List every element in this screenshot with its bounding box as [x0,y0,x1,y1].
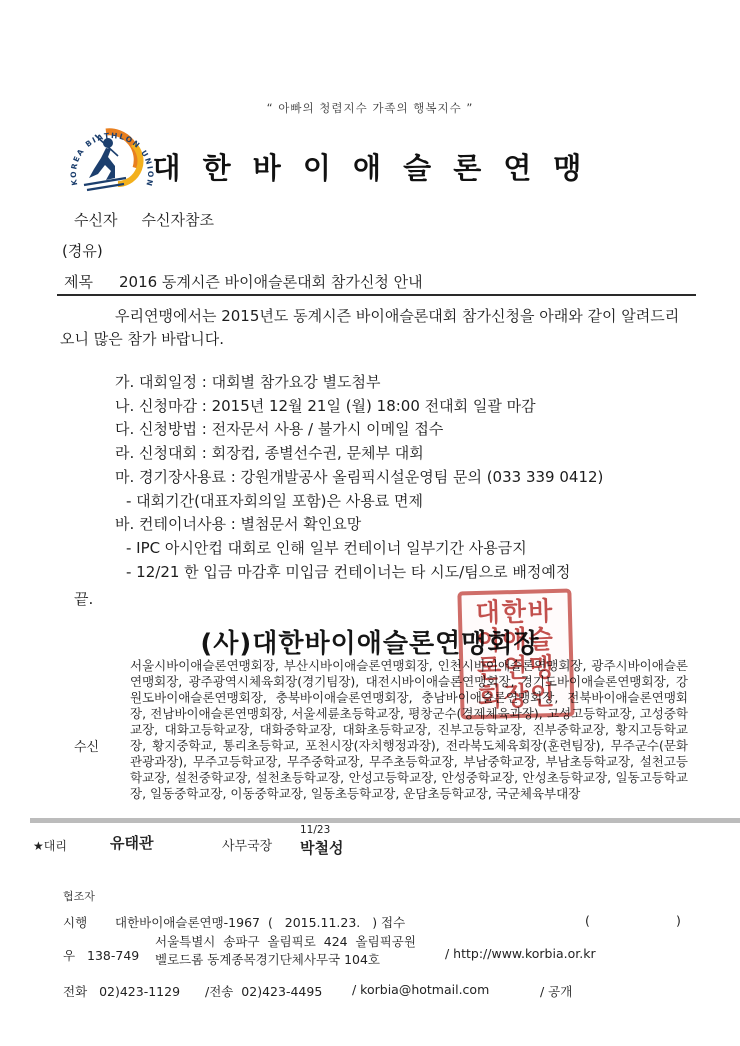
seal-text: 대한바이애슬론연맹회장인 [472,597,561,712]
header-slogan: “ 아빠의 청렴지수 가족의 행복지수 ” [0,100,740,116]
list-subitem: - 대회기간(대표자회의일 포함)은 사용료 면제 [60,490,700,514]
approval-date: 11/23 [300,824,330,836]
disclosure-status: / 공개 [540,982,572,1000]
subject-label: 제목 [64,273,93,291]
recipient-row: 수신자수신자참조 [74,209,214,230]
approval-separator-bar [30,818,740,823]
website-url: / http://www.korbia.or.kr [445,946,596,961]
list-item: 바. 컨테이너사용 : 별첨문서 확인요망 [60,513,700,537]
organization-title: 대 한 바 이 애 슬 론 연 맹 [0,146,740,187]
body-item-list: 가. 대회일정 : 대회별 참가요강 별도첨부 나. 신청마감 : 2015년 … [60,371,700,584]
address-block: 서울특별시 송파구 올림픽로 424 올림픽공원 벨로드롬 동계종목경기단체사무… [155,933,416,969]
execution-paren-close: ) [676,913,681,928]
recipients-list: 서울시바이애슬론연맹회장, 부산시바이애슬론연맹회장, 인천시바이애슬론연맹회장… [130,658,688,802]
execution-value: 대한바이애슬론연맹-1967 ( 2015.11.23. ) 접수 [115,913,405,931]
document-end-mark: 끝. [74,588,93,609]
signature-title: (사)대한바이애슬론연맹회장 [0,623,740,660]
list-item: 나. 신청마감 : 2015년 12월 21일 (월) 18:00 전대회 일괄… [60,395,700,419]
approval-position: 사무국장 [222,835,272,854]
execution-label: 시행 [63,913,87,931]
phone-number: 전화 02)423-1129 [63,982,180,1000]
official-document-page: “ 아빠의 청렴지수 가족의 행복지수 ” KOREA BIATHLON UNI… [0,0,740,1046]
official-red-seal: 대한바이애슬론연맹회장인 [457,589,574,720]
email-address: / korbia@hotmail.com [352,982,489,997]
subject-value: 2016 동계시즌 바이애슬론대회 참가신청 안내 [119,273,423,291]
list-subitem: - IPC 아시안컵 대회로 인해 일부 컨테이너 일부기간 사용금지 [60,537,700,561]
list-item: 다. 신청방법 : 전자문서 사용 / 불가시 이메일 접수 [60,418,700,442]
list-item: 가. 대회일정 : 대회별 참가요강 별도첨부 [60,371,700,395]
approval-drafter-name: 유태관 [110,832,153,853]
recipients-label: 수신 [74,736,99,755]
list-item: 라. 신청대회 : 회장컵, 종별선수권, 문체부 대회 [60,442,700,466]
recipient-value: 수신자참조 [141,211,213,229]
postal-code: 우 138-749 [63,946,139,964]
body-intro-paragraph: 우리연맹에서는 2015년도 동계시즌 바이애슬론대회 참가신청을 아래와 같이… [60,305,688,351]
subject-divider-line [57,294,696,296]
list-subitem: - 12/21 한 입금 마감후 미입금 컨테이너는 타 시도/팀으로 배정예정 [60,561,700,585]
address-line-1: 서울특별시 송파구 올림픽로 424 올림픽공원 [155,933,416,951]
fax-number: /전송 02)423-4495 [205,982,322,1000]
approval-approver-name: 박철성 [300,837,343,858]
address-line-2: 벨로드롬 동계종목경기단체사무국 104호 [155,951,416,969]
execution-paren-open: ( [585,913,590,928]
approval-deputy-label: ★대리 [33,837,67,854]
subject-row: 제목2016 동계시즌 바이애슬론대회 참가신청 안내 [64,271,423,292]
list-item: 마. 경기장사용료 : 강원개발공사 올림픽시설운영팀 문의 (033 339 … [60,466,700,490]
via-row: (경유) [62,240,103,261]
cooperator-label: 협조자 [63,888,95,904]
recipient-label: 수신자 [74,211,117,229]
